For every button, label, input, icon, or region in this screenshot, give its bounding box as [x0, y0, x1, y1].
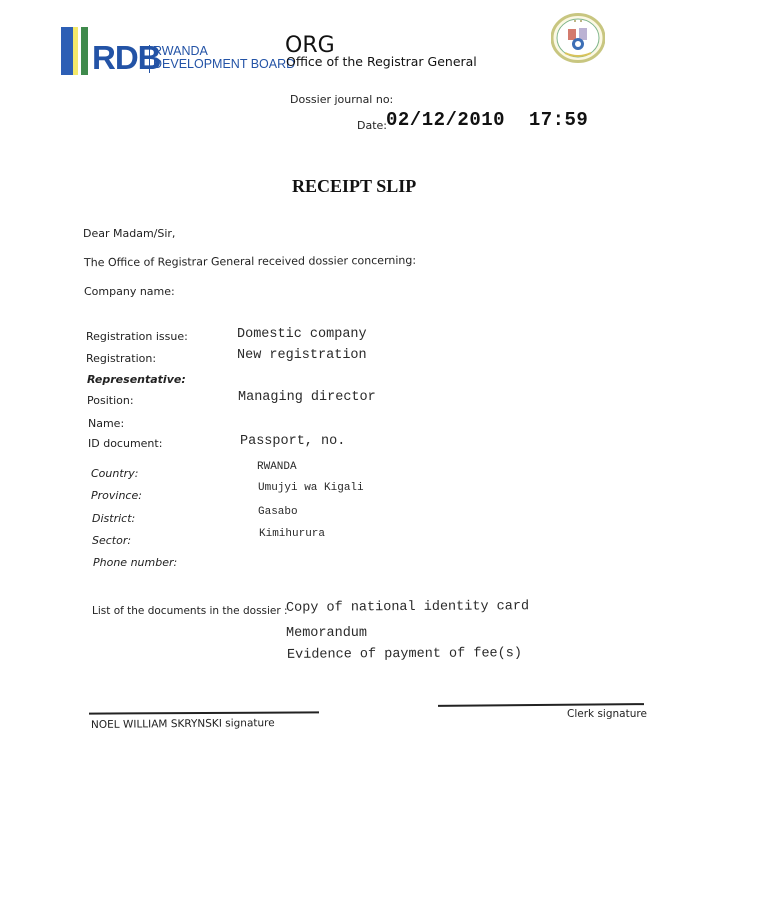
applicant-signature-line — [89, 711, 319, 714]
dossier-journal-label: Dossier journal no: — [290, 93, 393, 106]
country-value: RWANDA — [257, 461, 297, 473]
district-value: Gasabo — [258, 506, 298, 518]
document-title: RECEIPT SLIP — [292, 176, 416, 197]
representative-heading: Representative: — [87, 373, 186, 386]
date-value: 02/12/2010 17:59 — [386, 109, 588, 131]
greeting: Dear Madam/Sir, — [83, 227, 175, 240]
rdb-logo: RDB RWANDA DEVELOPMENT BOARD — [61, 27, 271, 77]
registration-issue-label: Registration issue: — [86, 330, 188, 343]
registration-label: Registration: — [86, 352, 156, 365]
applicant-signature-label: NOEL WILLIAM SKRYNSKI signature — [91, 717, 275, 731]
document-item: Memorandum — [286, 626, 367, 641]
province-label: Province: — [91, 489, 142, 502]
sector-value: Kimihurura — [259, 528, 325, 540]
company-name-label: Company name: — [84, 285, 175, 298]
clerk-signature-line — [438, 703, 644, 707]
logo-bar-yellow — [73, 27, 78, 75]
position-label: Position: — [87, 394, 134, 407]
clerk-signature-label: Clerk signature — [567, 708, 647, 720]
documents-label: List of the documents in the dossier : — [92, 605, 288, 617]
logo-name: RWANDA DEVELOPMENT BOARD — [153, 45, 295, 71]
id-document-label: ID document: — [88, 437, 162, 450]
country-label: Country: — [91, 467, 138, 480]
logo-name-line2: DEVELOPMENT BOARD — [153, 58, 295, 71]
logo-bar-blue — [61, 27, 73, 75]
sector-label: Sector: — [92, 534, 131, 547]
position-value: Managing director — [238, 390, 376, 405]
province-value: Umujyi wa Kigali — [258, 482, 364, 494]
office-name: Office of the Registrar General — [286, 54, 477, 69]
document-item: Evidence of payment of fee(s) — [287, 646, 522, 663]
registration-issue-value: Domestic company — [237, 327, 367, 342]
registration-value: New registration — [237, 348, 367, 363]
logo-bar-green — [81, 27, 88, 75]
district-label: District: — [92, 512, 135, 525]
id-document-value: Passport, no. — [240, 434, 345, 449]
name-label: Name: — [88, 417, 124, 430]
date-label: Date: — [357, 119, 387, 132]
rwanda-coat-of-arms-icon — [551, 13, 605, 63]
logo-separator — [149, 45, 150, 73]
document-item: Copy of national identity card — [286, 599, 529, 616]
phone-number-label: Phone number: — [93, 556, 177, 569]
intro-text: The Office of Registrar General received… — [84, 254, 416, 269]
logo-acronym: RDB — [92, 41, 161, 75]
